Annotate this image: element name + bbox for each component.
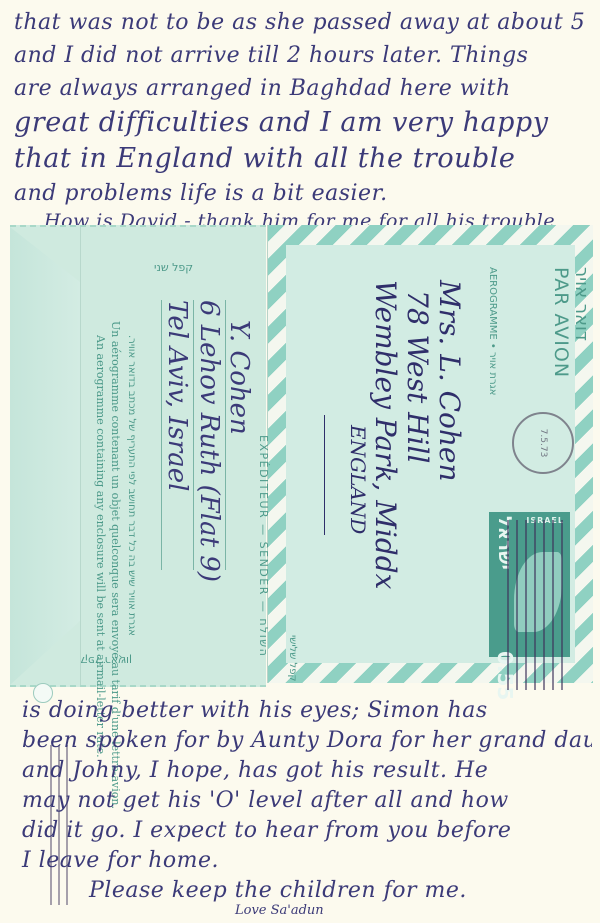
recipient-town: Wembley Park, Middx (369, 280, 402, 589)
letter-line: I leave for home. (14, 846, 592, 876)
letter-line: great difficulties and I am very happy (14, 105, 592, 141)
letter-line: that was not to be as she passed away at… (14, 6, 592, 39)
letter-line: and problems life is a bit easier. (14, 177, 592, 210)
letter-bottom-text: is doing better with his eyes; Simon has… (14, 696, 592, 906)
fold-line (80, 227, 81, 685)
postmark-date: 7.5.73 (538, 429, 548, 458)
notice-hebrew: אגרת אוויר שיש בה כל דבר תחושב לפי התערי… (126, 335, 137, 636)
letter-top-text: that was not to be as she passed away at… (14, 6, 592, 232)
sender-city: Tel Aviv, Israel (162, 300, 192, 491)
postmark: 7.5.73 (512, 412, 574, 474)
recipient-country: ENGLAND (346, 425, 370, 534)
letter-line: Please keep the children for me. (14, 876, 592, 906)
airmail-french: PAR AVION (550, 267, 572, 378)
letter-line: may not get his 'O' level after all and … (14, 786, 592, 816)
recipient-street: 78 West Hill (401, 290, 434, 463)
letter-line: been spoken for by Aunty Dora for her gr… (14, 726, 592, 756)
letter-line: are always arranged in Baghdad here with (14, 72, 592, 105)
fold-flap (10, 227, 80, 685)
cancellation-wavy-lines (500, 520, 570, 690)
letter-line: and I did not arrive till 2 hours later.… (14, 39, 592, 72)
fold-label-second: קפל שני (154, 261, 193, 274)
aerogramme-label: AEROGRAMME • אגרת אויר (487, 267, 498, 395)
notice-english: An aerogramme containing any enclosure w… (94, 335, 107, 758)
signature: Love Sa'adun (235, 903, 324, 918)
airmail-hebrew: דואר אויר (571, 267, 592, 341)
letter-line: that in England with all the trouble (14, 141, 592, 177)
letter-line: is doing better with his eyes; Simon has (14, 696, 592, 726)
recipient-name: Mrs. L. Cohen (433, 280, 466, 482)
underline (324, 415, 325, 535)
letter-line: did it go. I expect to hear from you bef… (14, 816, 592, 846)
letter-line: and Johny, I hope, has got his result. H… (14, 756, 592, 786)
sender-street: 6 Lehov Ruth (Flat 9) (194, 300, 224, 582)
fold-label-third: קפל שלישי (287, 635, 298, 682)
sender-heading: EXPÉDITEUR — SENDER — השולח (257, 435, 270, 657)
aerogramme-back-panel (10, 225, 266, 687)
sender-name: Y. Cohen (224, 320, 254, 435)
